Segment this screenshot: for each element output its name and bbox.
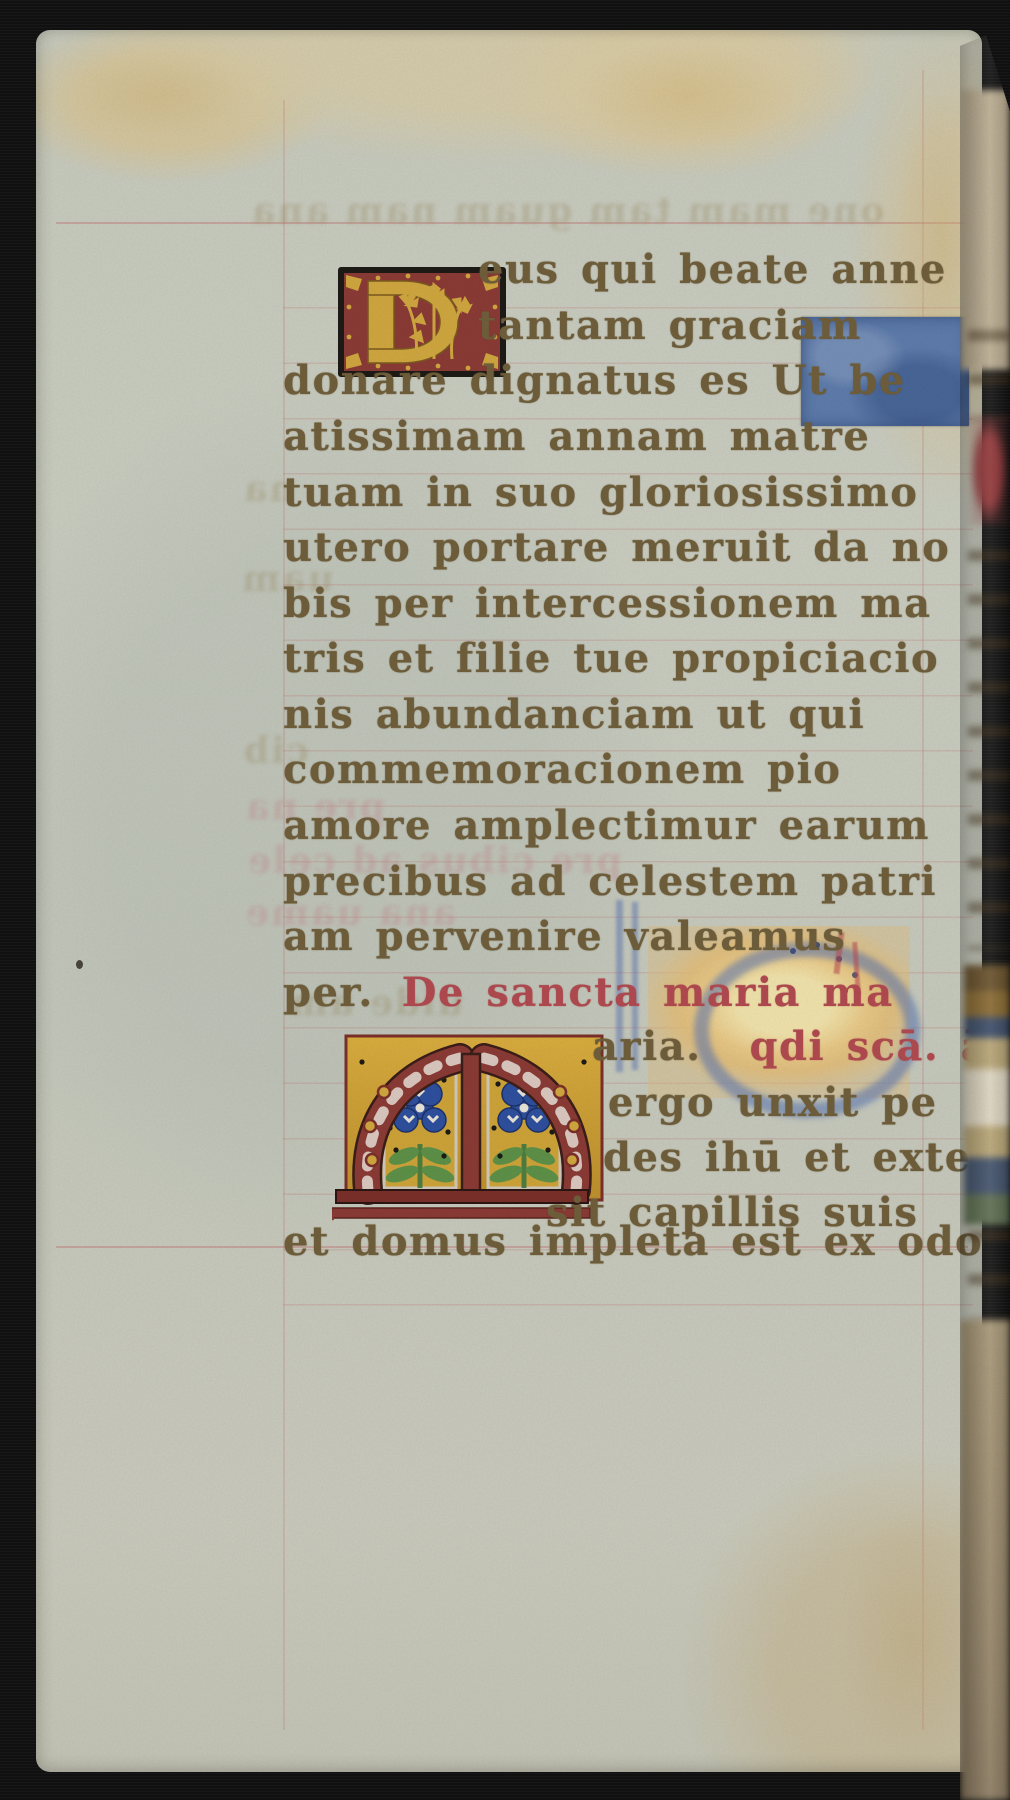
text-line-4: atissimam annam matre — [283, 415, 870, 459]
text-line-17: des ihū et exter — [603, 1136, 994, 1180]
facing-page-edge — [960, 30, 1010, 1800]
stain-top-center — [576, 40, 796, 150]
text-line-7: bis per intercessionem ma — [283, 582, 932, 626]
rubric-heading: De sancta maria ma — [402, 969, 894, 1016]
text-line-14-end: per. — [283, 969, 374, 1016]
text-line-6: utero portare meruit da no — [283, 526, 950, 570]
text-line-15: aria.qdi scā. ā — [592, 1025, 988, 1069]
text-line-14: per.De sancta maria ma — [283, 971, 894, 1015]
text-line-1: eus qui beate anne — [478, 248, 947, 292]
text-line-11: amore amplectimur earum — [283, 804, 930, 848]
text-line-19: et domus impleta est ex odo — [283, 1220, 983, 1264]
text-line-13: am pervenire valeamus — [283, 915, 846, 959]
text-line-8: tris et filie tue propiciacio — [283, 637, 939, 681]
showthrough-ghost: one mam tam guam nam ana — [250, 190, 885, 232]
text-line-12: precibus ad celestem patri — [283, 860, 937, 904]
text-line-3: donare dignatus es Ut be — [283, 359, 906, 403]
facing-page-sheen — [960, 30, 1010, 1800]
text-line-5: tuam in suo gloriosissimo — [283, 471, 918, 515]
text-line-9: nis abundanciam ut qui — [283, 693, 865, 737]
text-line-15-word: aria. — [592, 1023, 702, 1070]
rubric-note: qdi scā. ā — [750, 1023, 989, 1070]
text-line-10: commemoracionem pio — [283, 748, 841, 792]
photograph-of-manuscript: one mam tam guam nam ana na uam cib pre … — [0, 0, 1010, 1800]
text-line-2: tantam graciam — [478, 304, 862, 348]
text-line-16: ergo unxit pe — [608, 1081, 938, 1125]
stain-top-left — [66, 50, 256, 140]
ink-spot — [76, 960, 83, 969]
manuscript-page: one mam tam guam nam ana na uam cib pre … — [36, 30, 982, 1772]
